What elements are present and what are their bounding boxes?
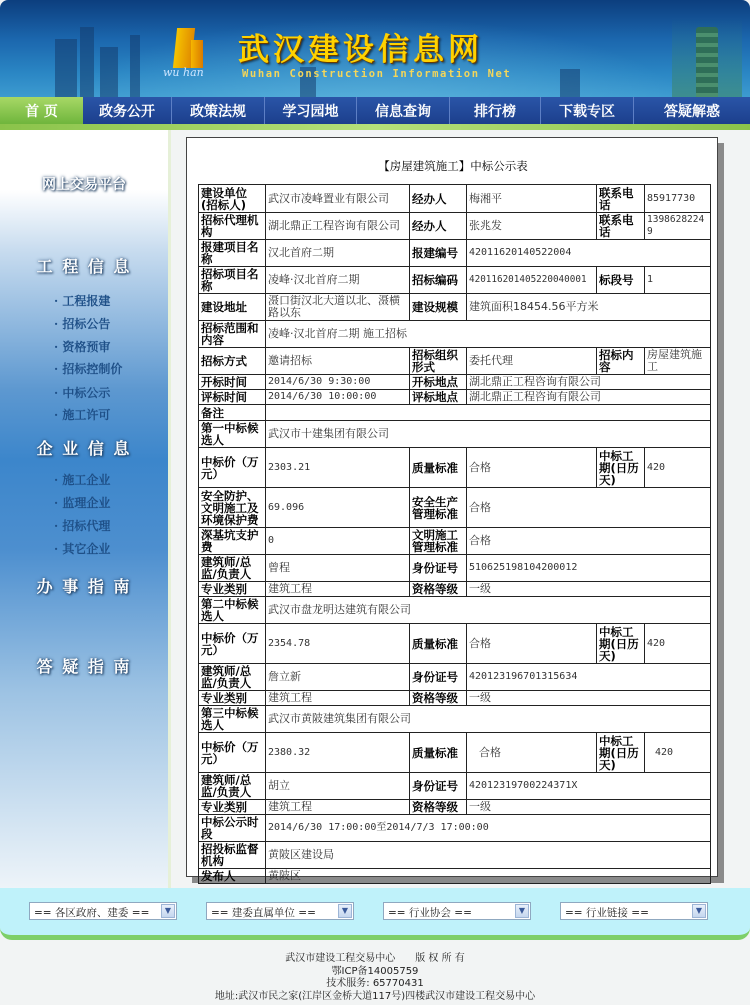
footer-copyright: 武汉市建设工程交易中心 版 权 所 有 — [0, 953, 750, 966]
table-row: 评标时间 2014/6/30 10:00:00 评标地点 湖北鼎正工程咨询有限公… — [199, 390, 711, 405]
table-row: 中标价（万元） 2380.32 质量标准 合格 中标工期(日历天) 420 — [199, 733, 711, 773]
address-value: 滠口街汉北大道以北、滠横路以东 — [266, 294, 410, 321]
project-name-value: 汉北首府二期 — [266, 240, 410, 267]
table-row: 发布人 黄陂区 — [199, 869, 711, 884]
candidate-1-safety-std-label: 安全生产管理标准 — [410, 488, 467, 528]
candidate-1-category: 建筑工程 — [266, 582, 410, 597]
candidate-1-name: 武汉市十建集团有限公司 — [266, 421, 711, 448]
publisher-value: 黄陂区 — [266, 869, 711, 884]
candidate-1-safety-std: 合格 — [467, 488, 711, 528]
org-form-value: 委托代理 — [467, 348, 597, 375]
owner-phone-label: 联系电话 — [597, 185, 645, 213]
table-row: 第一中标候选人 武汉市十建集团有限公司 — [199, 421, 711, 448]
open-time-label: 开标时间 — [199, 375, 266, 390]
candidate-3-quality-label: 质量标准 — [410, 733, 467, 773]
candidate-1-safety-fee-label: 安全防护、文明施工及环境保护费 — [199, 488, 266, 528]
owner-phone-value: 85917730 — [645, 185, 711, 213]
project-number-label: 报建编号 — [410, 240, 467, 267]
agent-value: 湖北鼎正工程咨询有限公司 — [266, 213, 410, 240]
table-row: 招投标监督机构 黄陂区建设局 — [199, 842, 711, 869]
candidate-1-label: 第一中标候选人 — [199, 421, 266, 448]
candidate-1-id: 510625198104200012 — [467, 555, 711, 582]
sidebar-link-project-registration[interactable]: · 工程报建 — [54, 292, 110, 309]
method-value: 邀请招标 — [266, 348, 410, 375]
owner-label: 建设单位(招标人) — [199, 185, 266, 213]
table-row: 中标价（万元） 2303.21 质量标准 合格 中标工期(日历天) 420 — [199, 448, 711, 488]
candidate-2-id: 420123196701315634 — [467, 664, 711, 691]
chevron-down-icon[interactable]: ▼ — [515, 904, 529, 918]
sidebar: 网上交易平台 工 程 信 息 · 工程报建 · 招标公告 · 资格预审 · 招标… — [0, 130, 168, 890]
candidate-2-grade: 一级 — [467, 691, 711, 706]
industry-association-select[interactable]: == 行业协会 == ▼ — [383, 902, 531, 920]
candidate-1-pit-fee: 0 — [266, 528, 410, 555]
sidebar-guide-heading[interactable]: 办 事 指 南 — [0, 574, 168, 597]
candidate-3-category: 建筑工程 — [266, 800, 410, 815]
candidate-3-name: 武汉市黄陂建筑集团有限公司 — [266, 706, 711, 733]
candidate-3-category-label: 专业类别 — [199, 800, 266, 815]
candidate-3-grade-label: 资格等级 — [410, 800, 467, 815]
footer-address: 地址:武汉市民之家(江岸区金桥大道117号)四楼武汉市建设工程交易中心 — [0, 991, 750, 1004]
content-value: 房屋建筑施工 — [645, 348, 711, 375]
candidate-2-manager-label: 建筑师/总监/负责人 — [199, 664, 266, 691]
table-row: 专业类别 建筑工程 资格等级 一级 — [199, 800, 711, 815]
sidebar-link-other-companies[interactable]: · 其它企业 — [54, 540, 110, 557]
sidebar-faq-heading[interactable]: 答 疑 指 南 — [0, 654, 168, 677]
open-place-value: 湖北鼎正工程咨询有限公司 — [467, 375, 711, 390]
nav-tab-government-affairs[interactable]: 政务公开 — [83, 97, 172, 124]
notice-period-label: 中标公示时段 — [199, 815, 266, 842]
candidate-2-id-label: 身份证号 — [410, 664, 467, 691]
agent-handler-value: 张兆发 — [467, 213, 597, 240]
sidebar-link-control-price[interactable]: · 招标控制价 — [54, 360, 122, 377]
sidebar-link-supervision-companies[interactable]: · 监理企业 — [54, 494, 110, 511]
candidate-1-safety-fee: 69.096 — [266, 488, 410, 528]
site-title: 武汉建设信息网 — [238, 24, 483, 69]
table-row: 第二中标候选人 武汉市盘龙明达建筑有限公司 — [199, 597, 711, 624]
owner-value: 武汉市凌峰置业有限公司 — [266, 185, 410, 213]
table-row: 中标价（万元） 2354.78 质量标准 合格 中标工期(日历天) 420 — [199, 624, 711, 664]
candidate-2-name: 武汉市盘龙明达建筑有限公司 — [266, 597, 711, 624]
eval-place-label: 评标地点 — [410, 390, 467, 405]
table-row: 招标方式 邀请招标 招标组织形式 委托代理 招标内容 房屋建筑施工 — [199, 348, 711, 375]
chevron-down-icon[interactable]: ▼ — [338, 904, 352, 918]
table-row: 安全防护、文明施工及环境保护费 69.096 安全生产管理标准 合格 — [199, 488, 711, 528]
scale-value: 建筑面积18454.56平方米 — [467, 294, 711, 321]
supervisor-label: 招投标监督机构 — [199, 842, 266, 869]
scope-value: 凌峰·汉北首府二期 施工招标 — [266, 321, 711, 348]
candidate-2-label: 第二中标候选人 — [199, 597, 266, 624]
method-label: 招标方式 — [199, 348, 266, 375]
eval-time-label: 评标时间 — [199, 390, 266, 405]
candidate-3-price-label: 中标价（万元） — [199, 733, 266, 773]
candidate-1-civil-std: 合格 — [467, 528, 711, 555]
footer: 武汉市建设工程交易中心 版 权 所 有 鄂ICP备14005759 技术服务: … — [0, 953, 750, 1003]
open-time-value: 2014/6/30 9:30:00 — [266, 375, 410, 390]
sidebar-link-construction-companies[interactable]: · 施工企业 — [54, 471, 110, 488]
candidate-2-price-label: 中标价（万元） — [199, 624, 266, 664]
main-nav: 首 页 政务公开 政策法规 学习园地 信息查询 排行榜 下载专区 答疑解惑 — [0, 97, 750, 124]
related-links-bar: == 各区政府、建委 == ▼ == 建委直属单位 == ▼ == 行业协会 =… — [0, 888, 750, 940]
sidebar-project-info-heading: 工 程 信 息 — [0, 254, 168, 277]
candidate-2-period: 420 — [645, 624, 711, 664]
sidebar-link-award-notice[interactable]: · 中标公示 — [54, 384, 110, 401]
sidebar-divider — [168, 130, 171, 890]
owner-handler-label: 经办人 — [410, 185, 467, 213]
table-row: 开标时间 2014/6/30 9:30:00 开标地点 湖北鼎正工程咨询有限公司 — [199, 375, 711, 390]
eval-place-value: 湖北鼎正工程咨询有限公司 — [467, 390, 711, 405]
section-label: 标段号 — [597, 267, 645, 294]
chevron-down-icon[interactable]: ▼ — [692, 904, 706, 918]
table-row: 报建项目名称 汉北首府二期 报建编号 42011620140522004 — [199, 240, 711, 267]
candidate-3-price: 2380.32 — [266, 733, 410, 773]
pagoda-image — [672, 17, 742, 97]
sidebar-link-tender-agents[interactable]: · 招标代理 — [54, 517, 110, 534]
table-row: 专业类别 建筑工程 资格等级 一级 — [199, 582, 711, 597]
candidate-3-label: 第三中标候选人 — [199, 706, 266, 733]
address-label: 建设地址 — [199, 294, 266, 321]
remark-label: 备注 — [199, 405, 266, 421]
agent-label: 招标代理机构 — [199, 213, 266, 240]
candidate-3-period: 420 — [645, 733, 711, 773]
site-banner: wu han 武汉建设信息网 Wuhan Construction Inform… — [0, 0, 750, 97]
table-row: 招标代理机构 湖北鼎正工程咨询有限公司 经办人 张兆发 联系电话 1398628… — [199, 213, 711, 240]
candidate-1-civil-std-label: 文明施工管理标准 — [410, 528, 467, 555]
sidebar-platform-heading[interactable]: 网上交易平台 — [0, 174, 168, 194]
sidebar-enterprise-info-heading: 企 业 信 息 — [0, 436, 168, 459]
candidate-1-pit-fee-label: 深基坑支护费 — [199, 528, 266, 555]
bid-code-value: 420116201405220040001 — [467, 267, 597, 294]
candidate-1-quality-label: 质量标准 — [410, 448, 467, 488]
agent-handler-label: 经办人 — [410, 213, 467, 240]
table-row: 专业类别 建筑工程 资格等级 一级 — [199, 691, 711, 706]
site-subtitle: Wuhan Construction Information Net — [242, 68, 511, 80]
page: wu han 武汉建设信息网 Wuhan Construction Inform… — [0, 0, 750, 1005]
candidate-2-category-label: 专业类别 — [199, 691, 266, 706]
bid-code-label: 招标编码 — [410, 267, 467, 294]
sidebar-link-tender-notice[interactable]: · 招标公告 — [54, 315, 110, 332]
remark-value — [266, 405, 711, 421]
candidate-3-grade: 一级 — [467, 800, 711, 815]
nav-tab-policies[interactable]: 政策法规 — [172, 97, 265, 124]
supervisor-value: 黄陂区建设局 — [266, 842, 711, 869]
candidate-3-period-label: 中标工期(日历天) — [597, 733, 645, 773]
publisher-label: 发布人 — [199, 869, 266, 884]
notice-period-value: 2014/6/30 17:00:00至2014/7/3 17:00:00 — [266, 815, 711, 842]
table-row: 第三中标候选人 武汉市黄陂建筑集团有限公司 — [199, 706, 711, 733]
candidate-1-manager: 曾程 — [266, 555, 410, 582]
candidate-1-period: 420 — [645, 448, 711, 488]
table-row: 深基坑支护费 0 文明施工管理标准 合格 — [199, 528, 711, 555]
bid-name-value: 凌峰·汉北首府二期 — [266, 267, 410, 294]
agent-phone-label: 联系电话 — [597, 213, 645, 240]
district-government-select[interactable]: == 各区政府、建委 == ▼ — [29, 902, 177, 920]
candidate-1-category-label: 专业类别 — [199, 582, 266, 597]
table-row: 中标公示时段 2014/6/30 17:00:00至2014/7/3 17:00… — [199, 815, 711, 842]
nav-tab-faq[interactable]: 答疑解惑 — [634, 97, 750, 124]
candidate-3-manager-label: 建筑师/总监/负责人 — [199, 773, 266, 800]
open-place-label: 开标地点 — [410, 375, 467, 390]
bid-name-label: 招标项目名称 — [199, 267, 266, 294]
candidate-3-manager: 胡立 — [266, 773, 410, 800]
nav-tab-rankings[interactable]: 排行榜 — [450, 97, 541, 124]
award-notice-table: 建设单位(招标人) 武汉市凌峰置业有限公司 经办人 梅湘平 联系电话 85917… — [198, 184, 711, 884]
candidate-2-grade-label: 资格等级 — [410, 691, 467, 706]
agent-phone-value: 13986282249 — [645, 213, 711, 240]
award-notice-panel: 【房屋建筑施工】中标公示表 建设单位(招标人) 武汉市凌峰置业有限公司 经办人 … — [186, 137, 718, 877]
candidate-2-quality: 合格 — [467, 624, 597, 664]
candidate-3-quality: 合格 — [467, 733, 597, 773]
footer-tech-support: 技术服务: 65770431 — [0, 978, 750, 991]
table-row: 招标范围和内容 凌峰·汉北首府二期 施工招标 — [199, 321, 711, 348]
eval-time-value: 2014/6/30 10:00:00 — [266, 390, 410, 405]
owner-handler-value: 梅湘平 — [467, 185, 597, 213]
candidate-2-period-label: 中标工期(日历天) — [597, 624, 645, 664]
candidate-2-quality-label: 质量标准 — [410, 624, 467, 664]
candidate-1-quality: 合格 — [467, 448, 597, 488]
candidate-3-id-label: 身份证号 — [410, 773, 467, 800]
table-row: 备注 — [199, 405, 711, 421]
nav-tab-info-query[interactable]: 信息查询 — [357, 97, 450, 124]
project-number-value: 42011620140522004 — [467, 240, 711, 267]
org-form-label: 招标组织形式 — [410, 348, 467, 375]
site-logo[interactable]: wu han — [165, 22, 235, 82]
candidate-1-id-label: 身份证号 — [410, 555, 467, 582]
industry-links-select[interactable]: == 行业链接 == ▼ — [560, 902, 708, 920]
project-name-label: 报建项目名称 — [199, 240, 266, 267]
footer-icp[interactable]: 鄂ICP备14005759 — [0, 966, 750, 979]
table-row: 建筑师/总监/负责人 胡立 身份证号 42012319700224371X — [199, 773, 711, 800]
document-title: 【房屋建筑施工】中标公示表 — [187, 158, 719, 174]
candidate-2-manager: 詹立新 — [266, 664, 410, 691]
table-row: 招标项目名称 凌峰·汉北首府二期 招标编码 420116201405220040… — [199, 267, 711, 294]
sidebar-link-prequalification[interactable]: · 资格预审 — [54, 338, 110, 355]
table-row: 建筑师/总监/负责人 詹立新 身份证号 420123196701315634 — [199, 664, 711, 691]
nav-tab-downloads[interactable]: 下载专区 — [541, 97, 634, 124]
section-value: 1 — [645, 267, 711, 294]
candidate-1-manager-label: 建筑师/总监/负责人 — [199, 555, 266, 582]
scope-label: 招标范围和内容 — [199, 321, 266, 348]
commission-units-select[interactable]: == 建委直属单位 == ▼ — [206, 902, 354, 920]
candidate-1-price: 2303.21 — [266, 448, 410, 488]
candidate-2-price: 2354.78 — [266, 624, 410, 664]
candidate-1-grade: 一级 — [467, 582, 711, 597]
candidate-2-category: 建筑工程 — [266, 691, 410, 706]
scale-label: 建设规模 — [410, 294, 467, 321]
chevron-down-icon[interactable]: ▼ — [161, 904, 175, 918]
candidate-3-id: 42012319700224371X — [467, 773, 711, 800]
sidebar-link-construction-permit[interactable]: · 施工许可 — [54, 406, 110, 423]
table-row: 建筑师/总监/负责人 曾程 身份证号 510625198104200012 — [199, 555, 711, 582]
content-label: 招标内容 — [597, 348, 645, 375]
candidate-1-grade-label: 资格等级 — [410, 582, 467, 597]
table-row: 建设地址 滠口街汉北大道以北、滠横路以东 建设规模 建筑面积18454.56平方… — [199, 294, 711, 321]
nav-tab-learning[interactable]: 学习园地 — [265, 97, 357, 124]
candidate-1-price-label: 中标价（万元） — [199, 448, 266, 488]
nav-tab-home[interactable]: 首 页 — [0, 97, 83, 124]
candidate-1-period-label: 中标工期(日历天) — [597, 448, 645, 488]
table-row: 建设单位(招标人) 武汉市凌峰置业有限公司 经办人 梅湘平 联系电话 85917… — [199, 185, 711, 213]
